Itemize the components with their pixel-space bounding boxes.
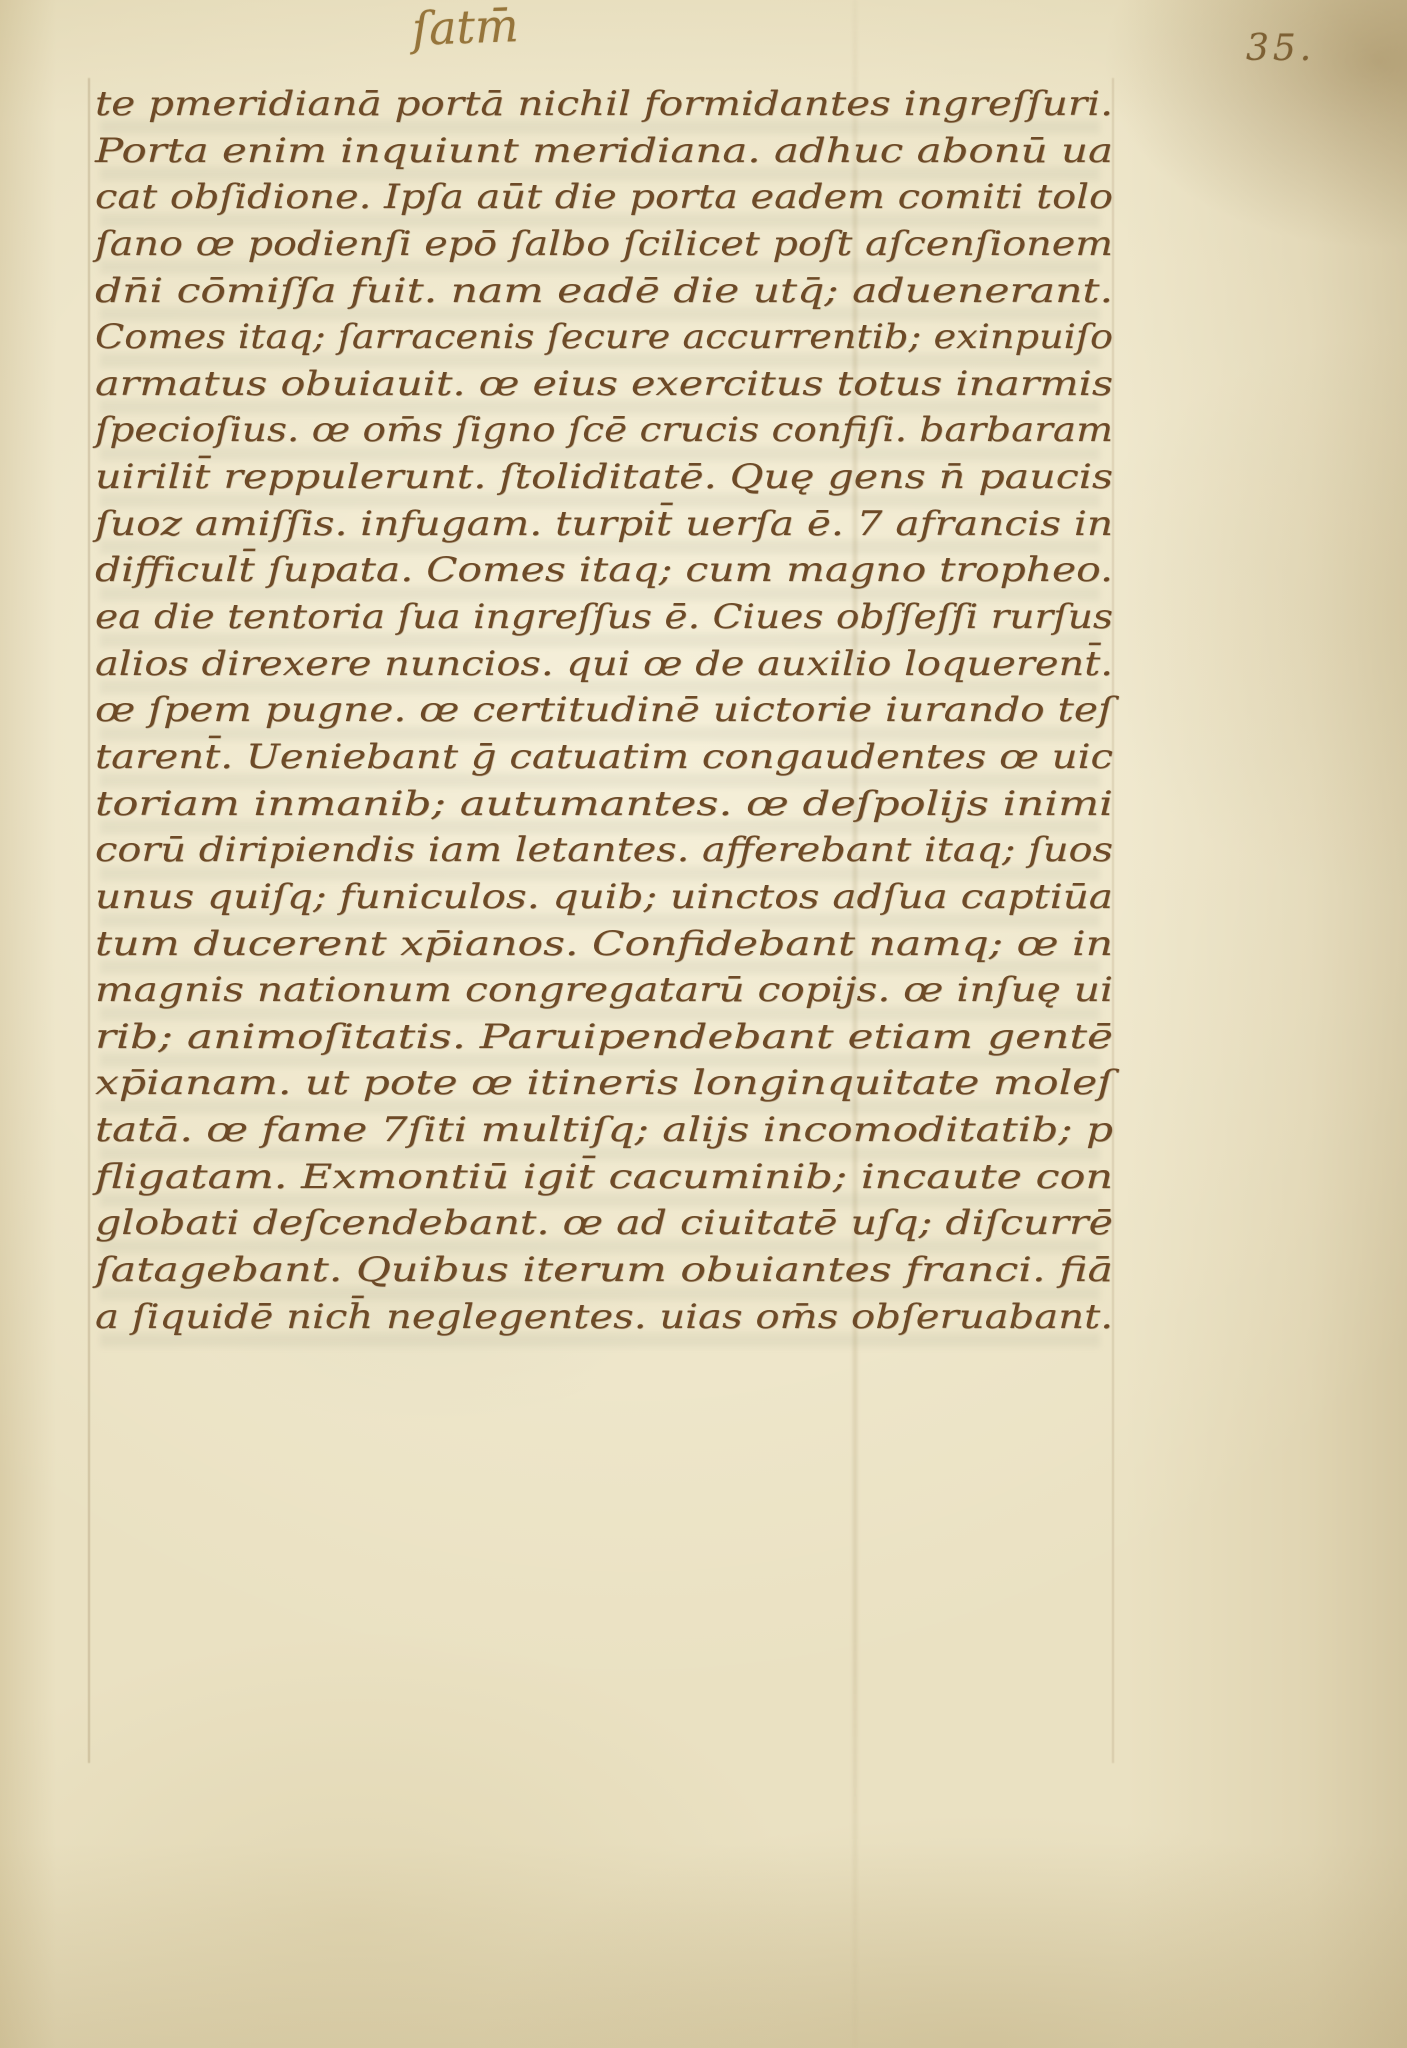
manuscript-line: œ ſpem pugne. œ certitudinē uictorie iur…	[95, 690, 1113, 737]
manuscript-line: alios direxere nuncios. qui œ de auxilio…	[95, 644, 1113, 691]
manuscript-line: ſano œ podienſi epō ſalbo ſcilicet poſt …	[95, 224, 1113, 271]
manuscript-line: Comes itaq; ſarracenis ſecure accurrenti…	[95, 317, 1113, 364]
quire-mark: ſatm̄	[411, 0, 519, 56]
manuscript-line: tarent̄. Ueniebant ḡ catuatim congaudent…	[95, 737, 1113, 784]
manuscript-line: armatus obuiauit. œ eius exercitus totus…	[95, 364, 1113, 411]
manuscript-line: dn̄i cōmiſſa fuit. nam eadē die utq̄; ad…	[95, 271, 1113, 318]
manuscript-line: unus quiſq; funiculos. quib; uinctos adſ…	[95, 877, 1113, 924]
manuscript-line: a ſiquidē nich̄ neglegentes. uias om̄s o…	[95, 1297, 1113, 1344]
manuscript-line: difficult̄ ſupata. Comes itaq; cum magno…	[95, 550, 1113, 597]
manuscript-line: ſatagebant. Quibus iterum obuiantes fran…	[95, 1250, 1113, 1297]
manuscript-line: tatā. œ fame 7ſiti multiſq; alijs incomo…	[95, 1110, 1113, 1157]
manuscript-line: corū diripiendis iam letantes. affereban…	[95, 830, 1113, 877]
manuscript-line: Porta enim inquiunt meridiana. adhuc abo…	[95, 131, 1113, 178]
manuscript-line: xp̄ianam. ut pote œ itineris longinquita…	[95, 1063, 1113, 1110]
manuscript-line: globati deſcendebant. œ ad ciuitatē uſq;…	[95, 1203, 1113, 1250]
manuscript-line: magnis nationum congregatarū copijs. œ i…	[95, 970, 1113, 1017]
folio-number: 35.	[1246, 28, 1315, 69]
manuscript-line: ſuoz amiſſis. infugam. turpit̄ uerſa ē. …	[95, 504, 1113, 551]
manuscript-line: fligatam. Exmontiū igit̄ cacuminib; inca…	[95, 1157, 1113, 1204]
manuscript-line: tum ducerent xp̄ianos. Confidebant namq;…	[95, 924, 1113, 971]
ruling-line-left	[88, 78, 90, 1763]
manuscript-line: rib; animoſitatis. Paruipendebant etiam …	[95, 1017, 1113, 1064]
manuscript-line: uirilit̄ reppulerunt. ſtoliditatē. Quę g…	[95, 457, 1113, 504]
manuscript-line: te pmeridianā portā nichil formidantes i…	[95, 84, 1113, 131]
manuscript-line: cat obſidione. Ipſa aūt die porta eadem …	[95, 177, 1113, 224]
manuscript-line: ea die tentoria ſua ingreſſus ē. Ciues o…	[95, 597, 1113, 644]
manuscript-line: toriam inmanib; autumantes. œ deſpolijs …	[95, 784, 1113, 831]
manuscript-text-block: te pmeridianā portā nichil formidantes i…	[95, 84, 1113, 1343]
manuscript-line: ſpecioſius. œ om̄s ſigno ſcē crucis conf…	[95, 410, 1113, 457]
parchment-page: ſatm̄ 35. te pmeridianā portā nichil for…	[0, 0, 1407, 2048]
